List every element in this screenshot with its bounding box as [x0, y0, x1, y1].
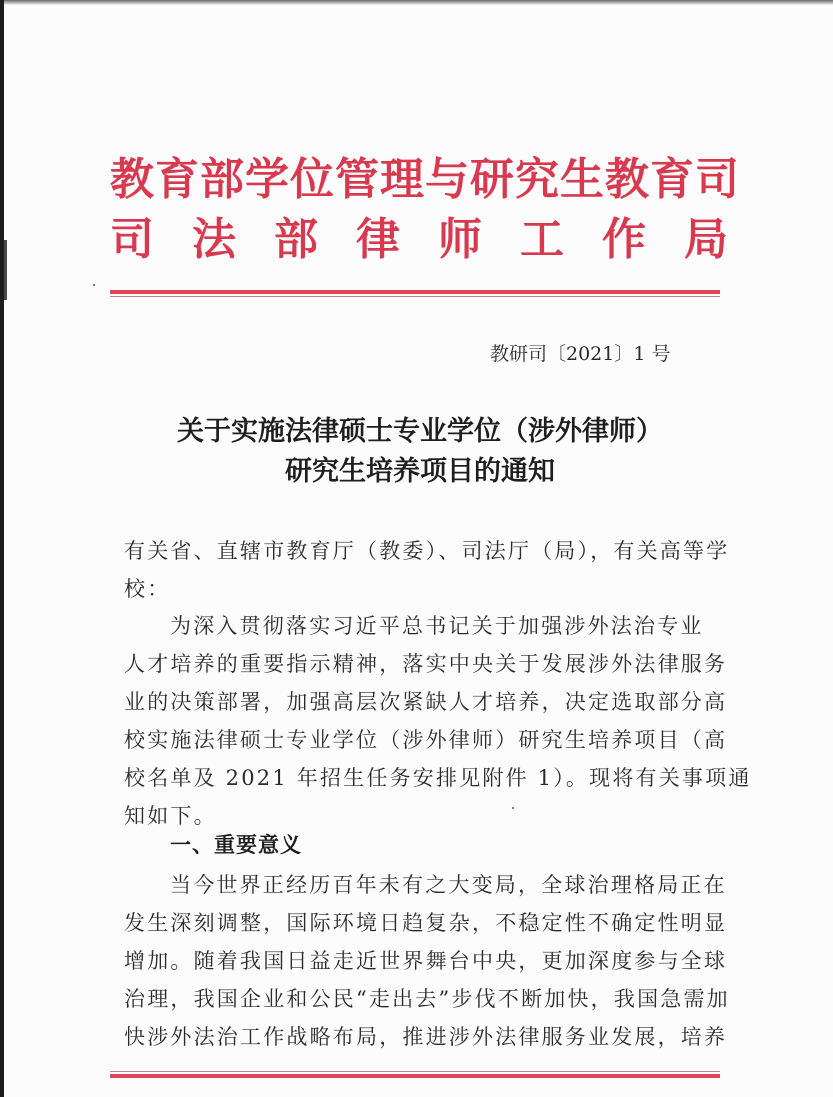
salutation-line: 有关省、直辖市教育厅（教委）、司法厅（局），有关高等学 [124, 532, 724, 570]
scan-left-edge-mark [4, 240, 7, 300]
document-title: 关于实施法律硕士专业学位（涉外律师） 研究生培养项目的通知 [100, 412, 740, 492]
issuer-char: 师 [438, 212, 482, 268]
paragraph-line: 治理，我国企业和公民“走出去”步伐不断加快，我国急需加 [124, 980, 724, 1018]
issuer-char: 部 [274, 212, 318, 268]
document-number: 教研司〔2021〕1 号 [490, 340, 690, 368]
paragraph-line: 人才培养的重要指示精神，落实中央关于发展涉外法律服务 [124, 645, 724, 683]
salutation-line: 校： [124, 570, 724, 608]
scan-left-edge [0, 0, 4, 1097]
paragraph-line: 校名单及 2021 年招生任务安排见附件 1）。现将有关事项通 [124, 759, 724, 797]
scan-speck [512, 807, 514, 809]
issuer-char: 法 [192, 212, 236, 268]
footer-divider-thick [110, 1074, 720, 1078]
header-divider-thick [110, 290, 720, 294]
footer-divider-thin [110, 1071, 720, 1072]
issuer-char: 作 [602, 212, 646, 268]
intro-paragraph: 为深入贯彻落实习近平总书记关于加强涉外法治专业 人才培养的重要指示精神，落实中央… [124, 607, 724, 835]
section-heading: 一、重要意义 [170, 826, 302, 864]
paragraph-line: 当今世界正经历百年未有之大变局，全球治理格局正在 [124, 866, 724, 904]
paragraph-line: 校实施法律硕士专业学位（涉外律师）研究生培养项目（高 [124, 721, 724, 759]
issuer-char: 律 [356, 212, 400, 268]
paragraph-line: 为深入贯彻落实习近平总书记关于加强涉外法治专业 [124, 607, 724, 645]
header-divider-thin [110, 296, 720, 297]
title-line2: 研究生培养项目的通知 [100, 452, 740, 492]
issuer-char: 工 [520, 212, 564, 268]
paragraph-line: 业的决策部署，加强高层次紧缺人才培养，决定选取部分高 [124, 683, 724, 721]
paragraph-line: 快涉外法治工作战略布局，推进涉外法律服务业发展，培养 [124, 1018, 724, 1056]
paragraph-line: 增加。随着我国日益走近世界舞台中央，更加深度参与全球 [124, 942, 724, 980]
title-line1: 关于实施法律硕士专业学位（涉外律师） [100, 412, 740, 452]
paragraph-line: 发生深刻调整，国际环境日趋复杂，不稳定性不确定性明显 [124, 904, 724, 942]
issuer-header-line1: 教育部学位管理与研究生教育司 [110, 152, 730, 208]
document-page: 教育部学位管理与研究生教育司 司 法 部 律 师 工 作 局 教研司〔2021〕… [0, 0, 833, 1097]
issuer-char: 局 [684, 212, 728, 268]
issuer-header-line2: 司 法 部 律 师 工 作 局 [110, 212, 728, 268]
issuer-char: 司 [110, 212, 154, 268]
section-paragraph: 当今世界正经历百年未有之大变局，全球治理格局正在 发生深刻调整，国际环境日趋复杂… [124, 866, 724, 1056]
scan-top-edge [0, 0, 833, 5]
scan-speck [93, 284, 95, 286]
salutation: 有关省、直辖市教育厅（教委）、司法厅（局），有关高等学 校： [124, 532, 724, 608]
